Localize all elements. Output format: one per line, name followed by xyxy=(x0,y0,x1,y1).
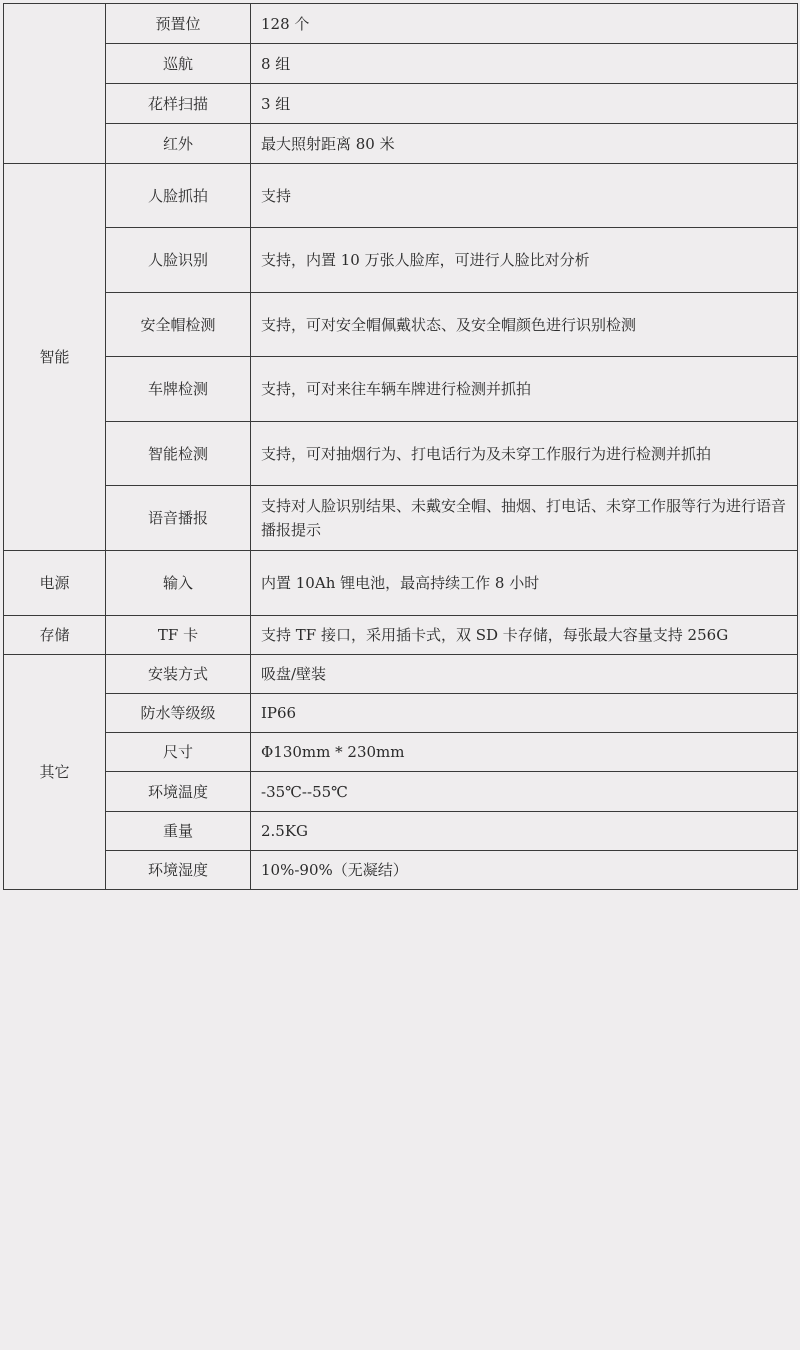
table-row: 智能 人脸抓拍 支持 xyxy=(4,164,798,228)
item-value: 8 组 xyxy=(251,44,798,84)
table-row: 语音播报 支持对人脸识别结果、未戴安全帽、抽烟、打电话、未穿工作服等行为进行语音… xyxy=(4,486,798,551)
item-value: 最大照射距离 80 米 xyxy=(251,124,798,164)
item-value: 10%-90%（无凝结） xyxy=(251,851,798,890)
item-value: 支持 TF 接口，采用插卡式，双 SD 卡存储，每张最大容量支持 256G xyxy=(251,616,798,655)
item-value: 吸盘/壁装 xyxy=(251,655,798,694)
item-label: 红外 xyxy=(106,124,251,164)
item-label: 重量 xyxy=(106,812,251,851)
item-value: 128 个 xyxy=(251,4,798,44)
table-row: 重量 2.5KG xyxy=(4,812,798,851)
table-row: 花样扫描 3 组 xyxy=(4,84,798,124)
item-label: TF 卡 xyxy=(106,616,251,655)
category-cell: 存储 xyxy=(4,616,106,655)
table-row: 安全帽检测 支持，可对安全帽佩戴状态、及安全帽颜色进行识别检测 xyxy=(4,293,798,357)
category-cell: 智能 xyxy=(4,164,106,551)
item-label: 安全帽检测 xyxy=(106,293,251,357)
item-value: 支持，可对来往车辆车牌进行检测并抓拍 xyxy=(251,357,798,422)
item-label: 人脸抓拍 xyxy=(106,164,251,228)
item-label: 输入 xyxy=(106,551,251,616)
item-value: 支持，可对抽烟行为、打电话行为及未穿工作服行为进行检测并抓拍 xyxy=(251,422,798,486)
item-value: Φ130mm * 230mm xyxy=(251,733,798,772)
item-label: 语音播报 xyxy=(106,486,251,551)
item-label: 智能检测 xyxy=(106,422,251,486)
item-value: IP66 xyxy=(251,694,798,733)
item-label: 人脸识别 xyxy=(106,228,251,293)
item-label: 巡航 xyxy=(106,44,251,84)
spec-table: 预置位 128 个 巡航 8 组 花样扫描 3 组 红外 最大照射距离 80 米… xyxy=(3,3,798,890)
item-value: 2.5KG xyxy=(251,812,798,851)
table-row: 人脸识别 支持，内置 10 万张人脸库，可进行人脸比对分析 xyxy=(4,228,798,293)
table-row: 巡航 8 组 xyxy=(4,44,798,84)
table-row: 预置位 128 个 xyxy=(4,4,798,44)
table-row: 防水等级级 IP66 xyxy=(4,694,798,733)
item-value: 支持对人脸识别结果、未戴安全帽、抽烟、打电话、未穿工作服等行为进行语音播报提示 xyxy=(251,486,798,551)
table-row: 环境湿度 10%-90%（无凝结） xyxy=(4,851,798,890)
item-label: 环境湿度 xyxy=(106,851,251,890)
category-cell: 其它 xyxy=(4,655,106,890)
table-row: 电源 输入 内置 10Ah 锂电池，最高持续工作 8 小时 xyxy=(4,551,798,616)
category-cell xyxy=(4,4,106,164)
table-row: 尺寸 Φ130mm * 230mm xyxy=(4,733,798,772)
item-value: 内置 10Ah 锂电池，最高持续工作 8 小时 xyxy=(251,551,798,616)
item-value: 3 组 xyxy=(251,84,798,124)
item-label: 车牌检测 xyxy=(106,357,251,422)
item-label: 尺寸 xyxy=(106,733,251,772)
category-cell: 电源 xyxy=(4,551,106,616)
table-row: 智能检测 支持，可对抽烟行为、打电话行为及未穿工作服行为进行检测并抓拍 xyxy=(4,422,798,486)
table-row: 存储 TF 卡 支持 TF 接口，采用插卡式，双 SD 卡存储，每张最大容量支持… xyxy=(4,616,798,655)
table-row: 红外 最大照射距离 80 米 xyxy=(4,124,798,164)
table-row: 车牌检测 支持，可对来往车辆车牌进行检测并抓拍 xyxy=(4,357,798,422)
item-label: 预置位 xyxy=(106,4,251,44)
item-label: 安装方式 xyxy=(106,655,251,694)
item-value: 支持，可对安全帽佩戴状态、及安全帽颜色进行识别检测 xyxy=(251,293,798,357)
item-value: -35℃--55℃ xyxy=(251,772,798,812)
item-label: 环境温度 xyxy=(106,772,251,812)
table-row: 环境温度 -35℃--55℃ xyxy=(4,772,798,812)
item-label: 防水等级级 xyxy=(106,694,251,733)
item-value: 支持，内置 10 万张人脸库，可进行人脸比对分析 xyxy=(251,228,798,293)
item-label: 花样扫描 xyxy=(106,84,251,124)
item-value: 支持 xyxy=(251,164,798,228)
table-row: 其它 安装方式 吸盘/壁装 xyxy=(4,655,798,694)
